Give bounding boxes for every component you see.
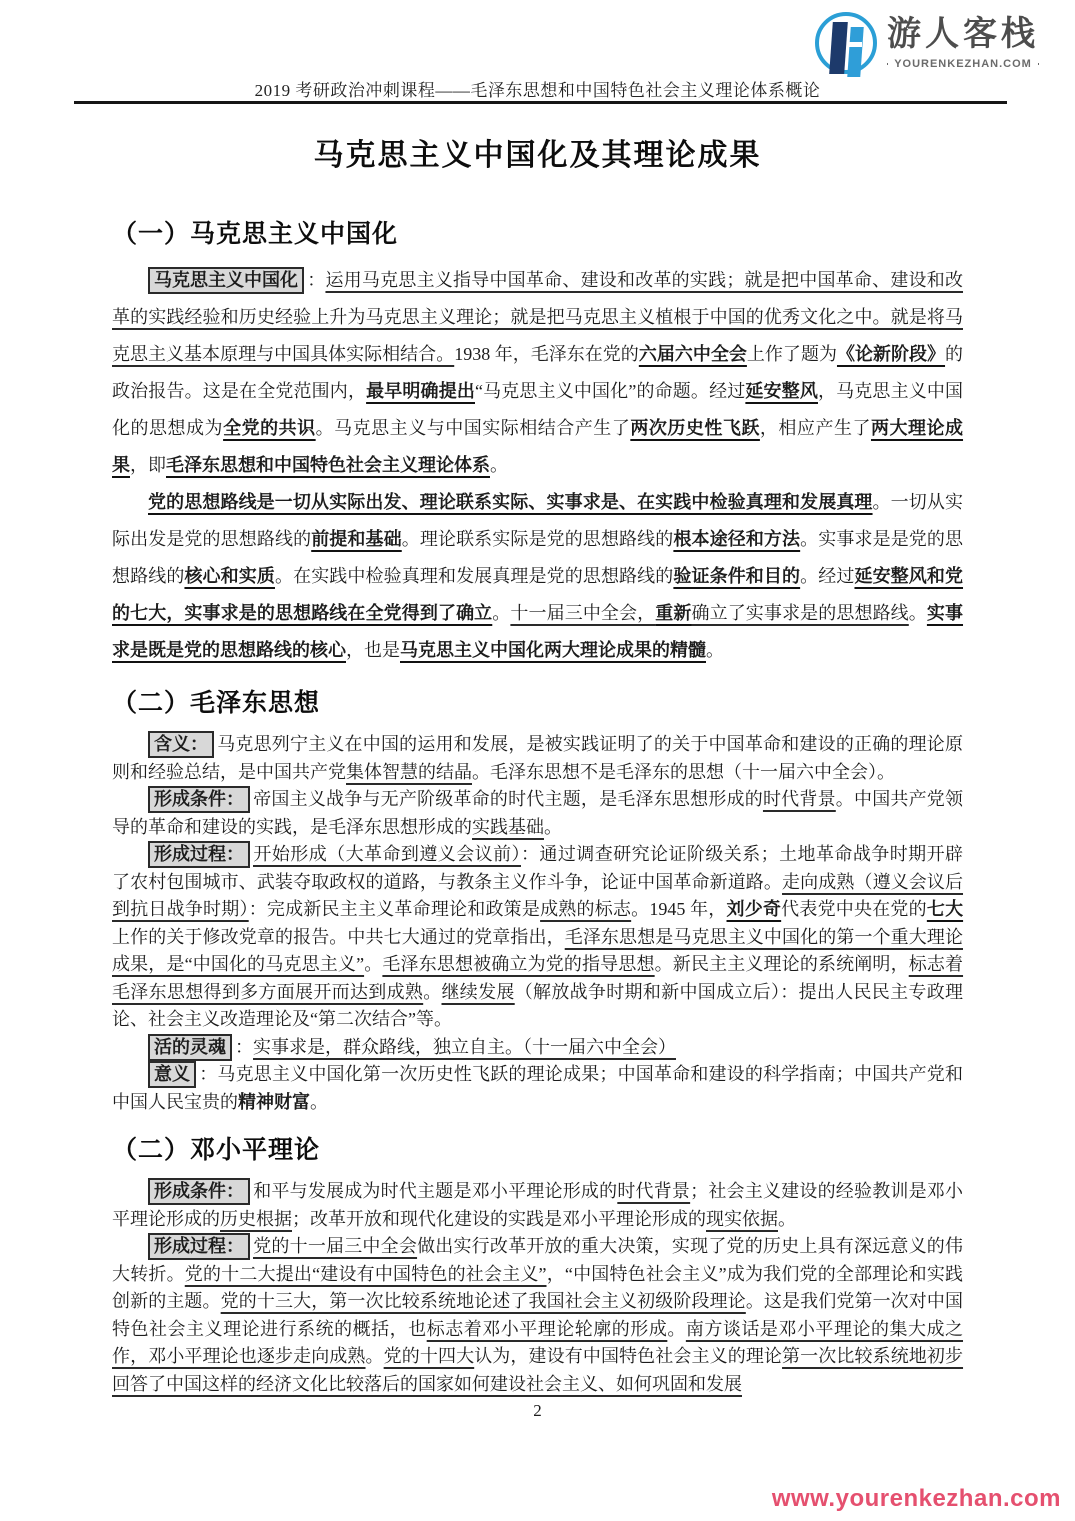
text-run: 六届六中全会	[639, 344, 747, 364]
document-sections: （一）马克思主义中国化马克思主义中国化：运用马克思主义指导中国革命、建设和改革的…	[112, 214, 963, 1398]
text-run: 验证条件和目的	[673, 566, 800, 586]
text-run: 党的十二大提出“建设有中国特色的社会主义”	[185, 1264, 547, 1284]
text-run: 。在实践中检验真理和发展真理是党的思想路线的	[275, 566, 673, 586]
text-run: 1938 年，毛泽东在党的	[454, 344, 639, 364]
logo-building-dark-bar	[829, 22, 848, 74]
text-run: ，即	[130, 455, 166, 475]
logo-domain: YOURENKEZHAN.COM	[894, 58, 1032, 70]
text-run: 。马克思主义与中国实际相结合产生了	[316, 418, 631, 438]
text-run: 。	[706, 640, 724, 660]
paragraph: 形成过程：党的十一届三中全会做出实行改革开放的重大决策，实现了党的历史上具有深远…	[112, 1233, 963, 1398]
section: （二）毛泽东思想含义：马克思列宁主义在中国的运用和发展，是被实践证明了的关于中国…	[112, 683, 963, 1116]
logo-building-notch	[849, 42, 862, 47]
text-run: 。	[667, 1319, 686, 1339]
logo-domain-dash-right	[1038, 63, 1039, 65]
page-number: 2	[0, 1401, 1075, 1421]
key-term-box: 马克思主义中国化	[148, 267, 304, 294]
text-run: 十一届三中全会，	[510, 603, 655, 623]
document-page: 游人客栈 YOURENKEZHAN.COM 2019 考研政治冲刺课程——毛泽东…	[0, 0, 1075, 1521]
logo-name: 游人客栈	[887, 16, 1039, 53]
logo-domain-line: YOURENKEZHAN.COM	[887, 58, 1039, 70]
text-run: “马克思主义中国化”的命题。经过	[475, 381, 745, 401]
text-run: ：	[307, 270, 325, 290]
site-url-watermark: www.yourenkezhan.com	[772, 1485, 1061, 1513]
document-content: 马克思主义中国化及其理论成果 （一）马克思主义中国化马克思主义中国化：运用马克思…	[112, 130, 963, 1398]
text-run: 党的十三大，第一次比较系统地论述了我国社会主义初级阶段理论	[221, 1291, 746, 1311]
key-term-box: 形成条件：	[148, 1178, 250, 1205]
logo-text: 游人客栈 YOURENKEZHAN.COM	[887, 16, 1039, 69]
text-run: 标志着邓小平理论轮廓的形成	[427, 1319, 668, 1339]
key-term-box: 含义：	[148, 731, 214, 758]
text-run: 现实依据	[706, 1209, 778, 1229]
text-run: 核心和实质	[184, 566, 275, 586]
section-heading: （二）毛泽东思想	[112, 683, 963, 719]
section-heading: （二）邓小平理论	[112, 1130, 963, 1166]
text-run: 开始形成（大革命到遵义会议前）	[253, 844, 521, 864]
text-run: 两次历史性飞跃	[630, 418, 760, 438]
text-run: 帝国主义战争与无产阶级革命的时代主题，是毛泽东思想形成的	[253, 789, 763, 809]
text-run: 继续发展	[442, 982, 515, 1002]
text-run: 七大	[927, 899, 963, 919]
text-run: ：完成新民主主义革命理论和政策是	[249, 899, 540, 919]
text-run: 。	[909, 603, 927, 623]
text-run: 上作的关于修改党章的报告。中共七大通过的党章指出，	[112, 927, 565, 947]
text-run: 时代背景	[763, 789, 836, 809]
text-run: 。	[778, 1209, 796, 1229]
key-term-box: 形成过程：	[148, 1233, 250, 1260]
text-run: 集体智慧的结晶	[346, 762, 472, 782]
paragraph: 含义：马克思列宁主义在中国的运用和发展，是被实践证明了的关于中国革命和建设的正确…	[112, 731, 963, 786]
text-run: 历史根据	[220, 1209, 292, 1229]
key-term-box: 形成过程：	[148, 841, 250, 868]
logo-domain-dash-left	[887, 63, 888, 65]
text-run: 确立了实事求是的思想路线	[691, 603, 908, 623]
text-run: 。新民主主义理论的系统阐明，	[655, 954, 909, 974]
text-run: 上作了题为	[747, 344, 837, 364]
text-run: 。	[364, 954, 382, 974]
text-run: 。1945 年，	[631, 899, 726, 919]
text-run: ，相应产生了	[760, 418, 871, 438]
text-run: 时代背景	[617, 1181, 690, 1201]
text-run: 成熟的标志	[540, 899, 631, 919]
paragraph: 形成条件：和平与发展成为时代主题是邓小平理论形成的时代背景；社会主义建设的经验教…	[112, 1178, 963, 1233]
text-run: ；改革开放和现代化建设的实践是邓小平理论形成的	[292, 1209, 706, 1229]
site-logo: 游人客栈 YOURENKEZHAN.COM	[815, 12, 1039, 74]
text-run: 实践基础	[472, 817, 544, 837]
text-run: 和平与发展成为时代主题是邓小平理论形成的	[253, 1181, 617, 1201]
text-run: 刘少奇	[727, 899, 782, 919]
text-run: ，也是	[346, 640, 400, 660]
section: （一）马克思主义中国化马克思主义中国化：运用马克思主义指导中国革命、建设和改革的…	[112, 214, 963, 669]
paragraph: 形成过程：开始形成（大革命到遵义会议前）：通过调查研究论证阶级关系；土地革命战争…	[112, 841, 963, 1034]
text-run: 。	[310, 1092, 328, 1112]
course-header: 2019 考研政治冲刺课程——毛泽东思想和中国特色社会主义理论体系概论	[0, 76, 1075, 101]
paragraph: 马克思主义中国化：运用马克思主义指导中国革命、建设和改革的实践；就是把中国革命、…	[112, 262, 963, 484]
text-run: 。毛泽东思想不是毛泽东的思想（十一届六中全会）。	[472, 762, 895, 782]
text-run: 。	[544, 817, 562, 837]
text-run: ：	[235, 1037, 253, 1057]
text-run: 前提和基础	[311, 529, 402, 549]
paragraph: 活的灵魂：实事求是，群众路线，独立自主。（十一届六中全会）	[112, 1034, 963, 1062]
key-term-box: 意义	[148, 1061, 196, 1088]
key-term-box: 形成条件：	[148, 786, 250, 813]
text-run: 。理论联系实际是党的思想路线的	[402, 529, 674, 549]
text-run: 《论新阶段》	[837, 344, 945, 364]
text-run: 。	[492, 603, 510, 623]
text-run: 。	[490, 455, 508, 475]
paragraph: 党的思想路线是一切从实际出发、理论联系实际、实事求是、在实践中检验真理和发展真理…	[112, 484, 963, 669]
text-run: 党的十四大	[384, 1346, 475, 1366]
text-run: 毛泽东思想被确立为党的指导思想	[382, 954, 654, 974]
text-run: 党的思想路线是一切从实际出发、理论联系实际、实事求是、在实践中检验真理和发展真理	[148, 492, 873, 512]
text-run: 实事求是，群众路线，独立自主。（十一届六中全会）	[253, 1037, 676, 1057]
text-run: 马克思主义中国化两大理论成果的精髓	[400, 640, 706, 660]
text-run: 。	[366, 1346, 384, 1366]
text-run: 认为，建设有中国特色社会主义的理论	[474, 1346, 782, 1366]
text-run: 根本途径和方法	[673, 529, 800, 549]
text-run: 重新	[655, 603, 691, 623]
paragraph: 形成条件：帝国主义战争与无产阶级革命的时代主题，是毛泽东思想形成的时代背景。中国…	[112, 786, 963, 841]
text-run: 延安整风	[745, 381, 818, 401]
paragraph: 意义：马克思主义中国化第一次历史性飞跃的理论成果；中国革命和建设的科学指南；中国…	[112, 1061, 963, 1116]
section-heading: （一）马克思主义中国化	[112, 214, 963, 250]
logo-building-icon	[815, 12, 877, 74]
section: （二）邓小平理论形成条件：和平与发展成为时代主题是邓小平理论形成的时代背景；社会…	[112, 1130, 963, 1398]
text-run: 党的十一届三中全会	[253, 1236, 417, 1256]
text-run: 代表党中央在党的	[781, 899, 927, 919]
key-term-box: 活的灵魂	[148, 1034, 232, 1061]
text-run: 。	[423, 982, 441, 1002]
text-run: 。经过	[800, 566, 854, 586]
text-run: 毛泽东思想和中国特色社会主义理论体系	[166, 455, 490, 475]
logo-building-light-bar	[847, 27, 863, 77]
document-title: 马克思主义中国化及其理论成果	[112, 130, 963, 174]
header-divider	[74, 101, 1007, 104]
text-run: 最早明确提出	[366, 381, 475, 401]
text-run: 全党的共识	[223, 418, 316, 438]
text-run: 精神财富	[238, 1092, 310, 1112]
